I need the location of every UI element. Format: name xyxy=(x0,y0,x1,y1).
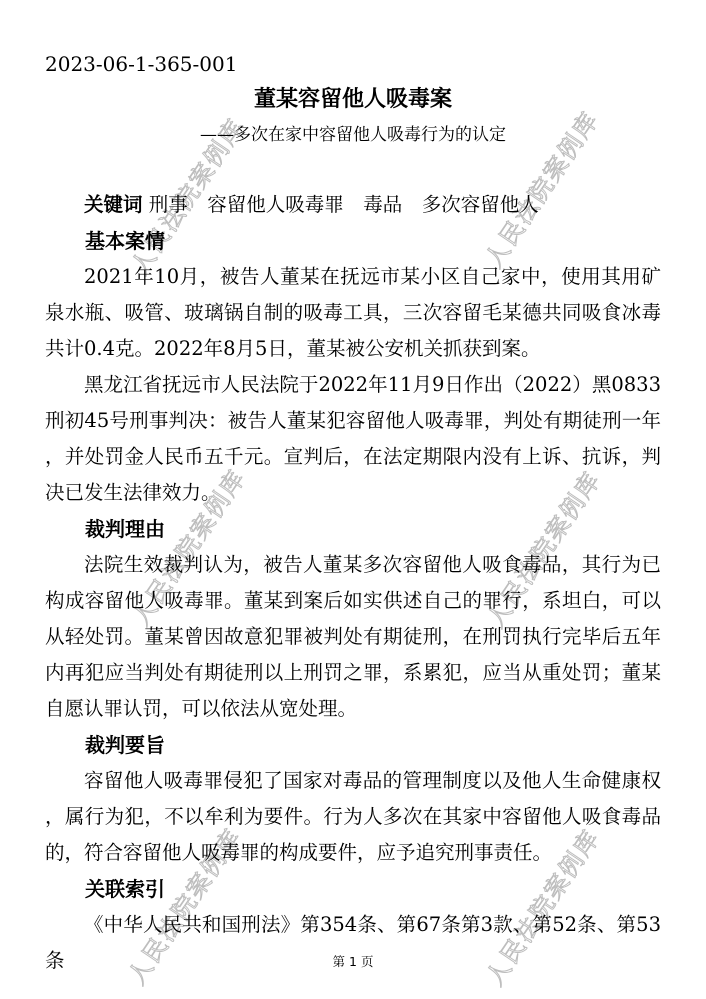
section-heading-judgment-gist: 裁判要旨 xyxy=(45,727,661,763)
doc-number: 2023-06-1-365-001 xyxy=(45,52,661,76)
case-subtitle: ——多次在家中容留他人吸毒行为的认定 xyxy=(45,124,661,146)
keywords-value: 刑事 容留他人吸毒罪 毒品 多次容留他人 xyxy=(149,193,539,216)
section-heading-basic-facts: 基本案情 xyxy=(45,223,661,259)
section-heading-related-index: 关联索引 xyxy=(45,871,661,907)
document-content: 2023-06-1-365-001 董某容留他人吸毒案 ——多次在家中容留他人吸… xyxy=(0,0,706,979)
section-heading-judgment-reasons: 裁判理由 xyxy=(45,511,661,547)
document-page: 人民法院案例库 人民法院案例库 人民法院案例库 人民法院案例库 人民法院案例库 … xyxy=(0,0,706,999)
judgment-reasons-paragraph: 法院生效裁判认为，被告人董某多次容留他人吸食毒品，其行为已构成容留他人吸毒罪。董… xyxy=(45,547,661,727)
basic-facts-paragraph: 2021年10月，被告人董某在抚远市某小区自己家中，使用其用矿泉水瓶、吸管、玻璃… xyxy=(45,259,661,367)
basic-facts-paragraph: 黑龙江省抚远市人民法院于2022年11月9日作出（2022）黑0833刑初45号… xyxy=(45,367,661,511)
keywords-label: 关键词 xyxy=(84,193,143,216)
page-footer: 第 1 页 xyxy=(0,952,706,970)
document-body: 关键词 刑事 容留他人吸毒罪 毒品 多次容留他人 基本案情 2021年10月，被… xyxy=(45,187,661,979)
case-title: 董某容留他人吸毒案 xyxy=(45,86,661,112)
judgment-gist-paragraph: 容留他人吸毒罪侵犯了国家对毒品的管理制度以及他人生命健康权，属行为犯，不以牟利为… xyxy=(45,763,661,871)
keywords-row: 关键词 刑事 容留他人吸毒罪 毒品 多次容留他人 xyxy=(45,187,661,223)
